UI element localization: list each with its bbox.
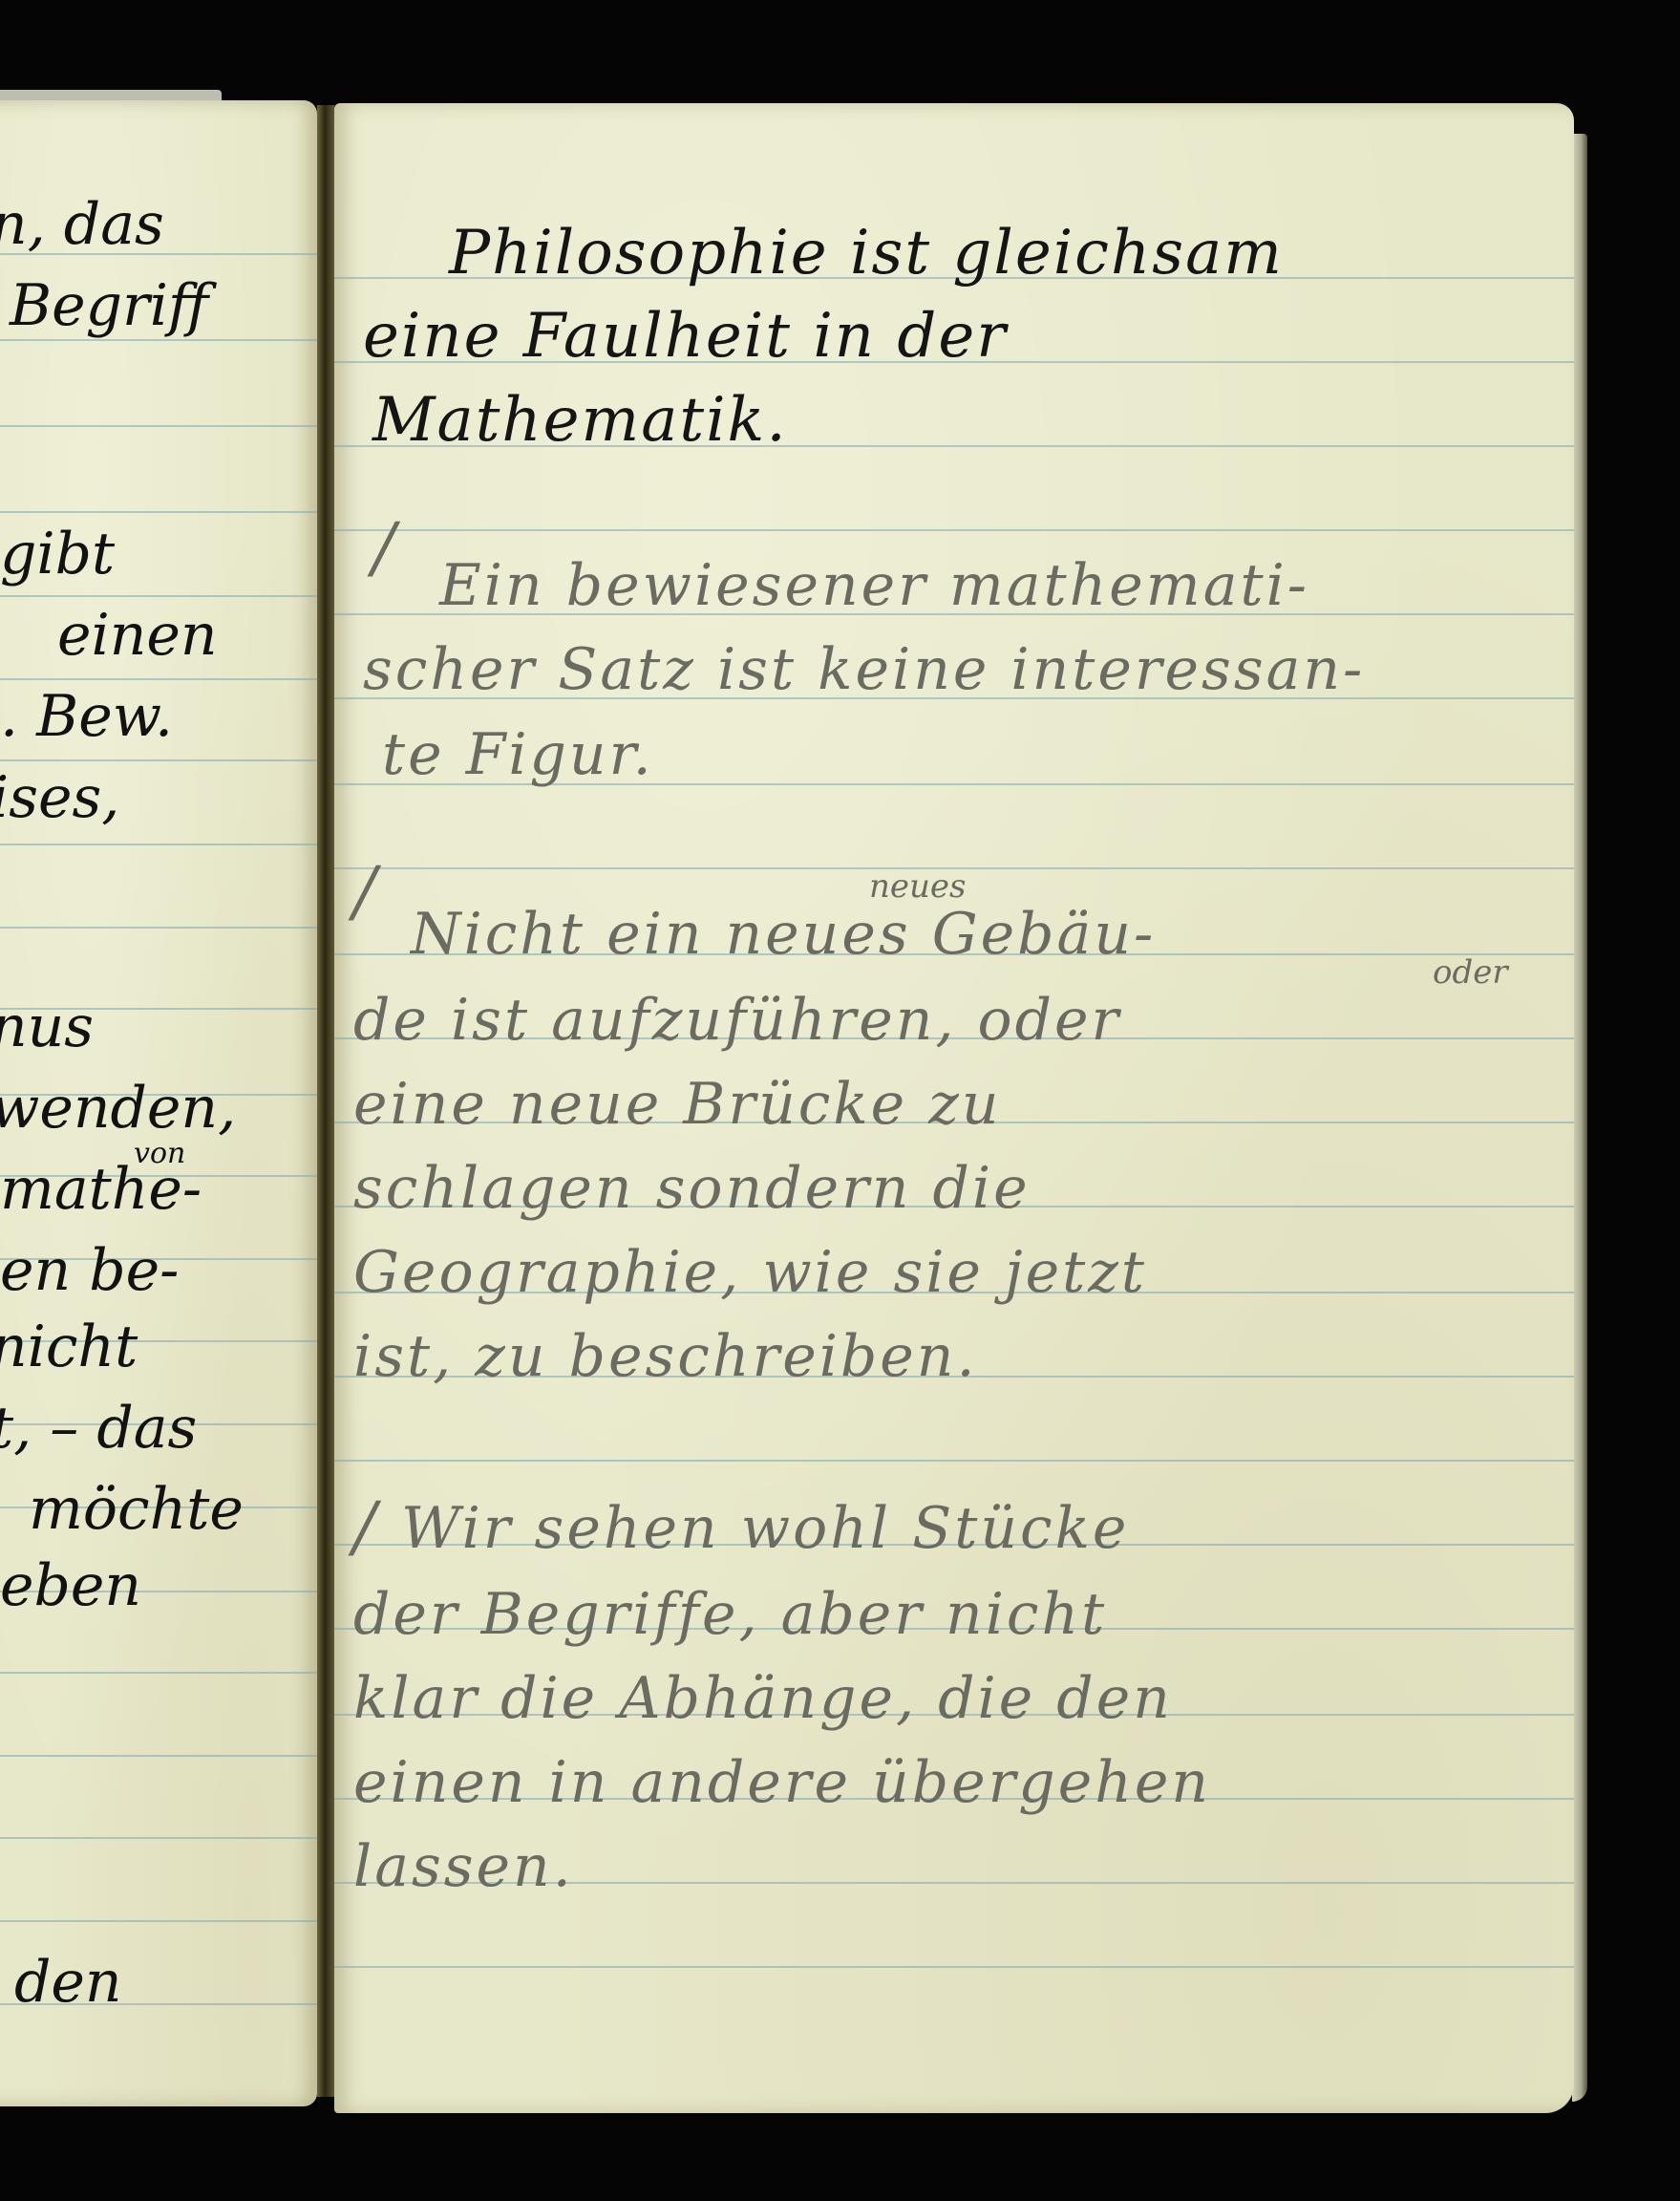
ruled-line — [0, 844, 317, 845]
ruled-line — [0, 927, 317, 929]
right-page: Philosophie ist gleichsam eine Faulheit … — [334, 103, 1574, 2113]
handwritten-line: einen in andere übergehen — [353, 1754, 1211, 1811]
handwritten-line: . Bew. — [0, 683, 173, 750]
handwritten-line: eben — [0, 1552, 141, 1619]
handwritten-line: der Begriffe, aber nicht — [353, 1586, 1107, 1643]
ruled-line — [0, 1837, 317, 1839]
ruled-line — [0, 1920, 317, 1922]
inserted-word: oder — [1433, 953, 1508, 992]
ruled-line — [0, 339, 317, 341]
handwritten-line: Nicht ein neues Gebäu- — [411, 906, 1156, 963]
handwritten-line: wenden, — [0, 1075, 236, 1142]
paragraph-marker: / — [353, 1493, 379, 1560]
handwritten-line: te Figur. — [382, 726, 654, 783]
handwritten-line: einen — [57, 602, 218, 669]
inserted-word: neues — [869, 867, 967, 906]
paragraph-marker: / — [353, 858, 379, 925]
handwritten-line: nus — [0, 994, 94, 1060]
handwritten-line: gibt — [0, 521, 115, 588]
ruled-line — [334, 1460, 1574, 1462]
handwritten-line: ist, zu beschreiben. — [353, 1328, 978, 1385]
ruled-line — [334, 1966, 1574, 1968]
page-edges — [1572, 134, 1587, 2102]
ruled-line — [0, 595, 317, 597]
handwritten-line: schlagen sondern die — [353, 1160, 1031, 1217]
handwritten-line: Geographie, wie sie jetzt — [353, 1244, 1147, 1301]
handwritten-line: de ist aufzuführen, oder — [353, 992, 1121, 1049]
ruled-line — [334, 529, 1574, 531]
handwritten-line: ises, — [0, 764, 119, 831]
ruled-line — [0, 511, 317, 513]
ruled-line — [0, 759, 317, 761]
handwritten-line: lassen. — [353, 1838, 574, 1895]
handwritten-line: Philosophie ist gleichsam — [449, 223, 1284, 284]
handwritten-line: Begriff — [10, 272, 208, 339]
handwritten-line: Wir sehen wohl Stücke — [401, 1500, 1129, 1557]
handwritten-line: möchte — [29, 1476, 244, 1543]
handwritten-line: scher Satz ist keine interessan- — [363, 641, 1365, 698]
book-gutter — [317, 105, 334, 2097]
ruled-line — [0, 1672, 317, 1674]
handwritten-line: nicht — [0, 1314, 138, 1380]
ruled-line — [0, 425, 317, 427]
handwritten-line: klar die Abhänge, die den — [353, 1670, 1173, 1727]
handwritten-line: en be- — [0, 1237, 179, 1304]
handwritten-line: Mathematik. — [372, 390, 788, 451]
handwritten-line: t, – das — [0, 1395, 197, 1462]
handwritten-line: eine Faulheit in der — [363, 306, 1008, 367]
handwritten-line: n, das — [0, 191, 164, 258]
handwritten-line: eine neue Brücke zu — [353, 1076, 1002, 1133]
handwritten-line: Ein bewiesener mathemati- — [439, 557, 1309, 614]
left-page: n, das Begriff gibt einen . Bew. ises, n… — [0, 100, 317, 2106]
paragraph-marker: / — [372, 514, 398, 581]
ruled-line — [0, 1755, 317, 1757]
ruled-line — [0, 678, 317, 680]
handwritten-line: den — [14, 1949, 122, 2016]
interlinear-insertion: von — [134, 1137, 185, 1170]
